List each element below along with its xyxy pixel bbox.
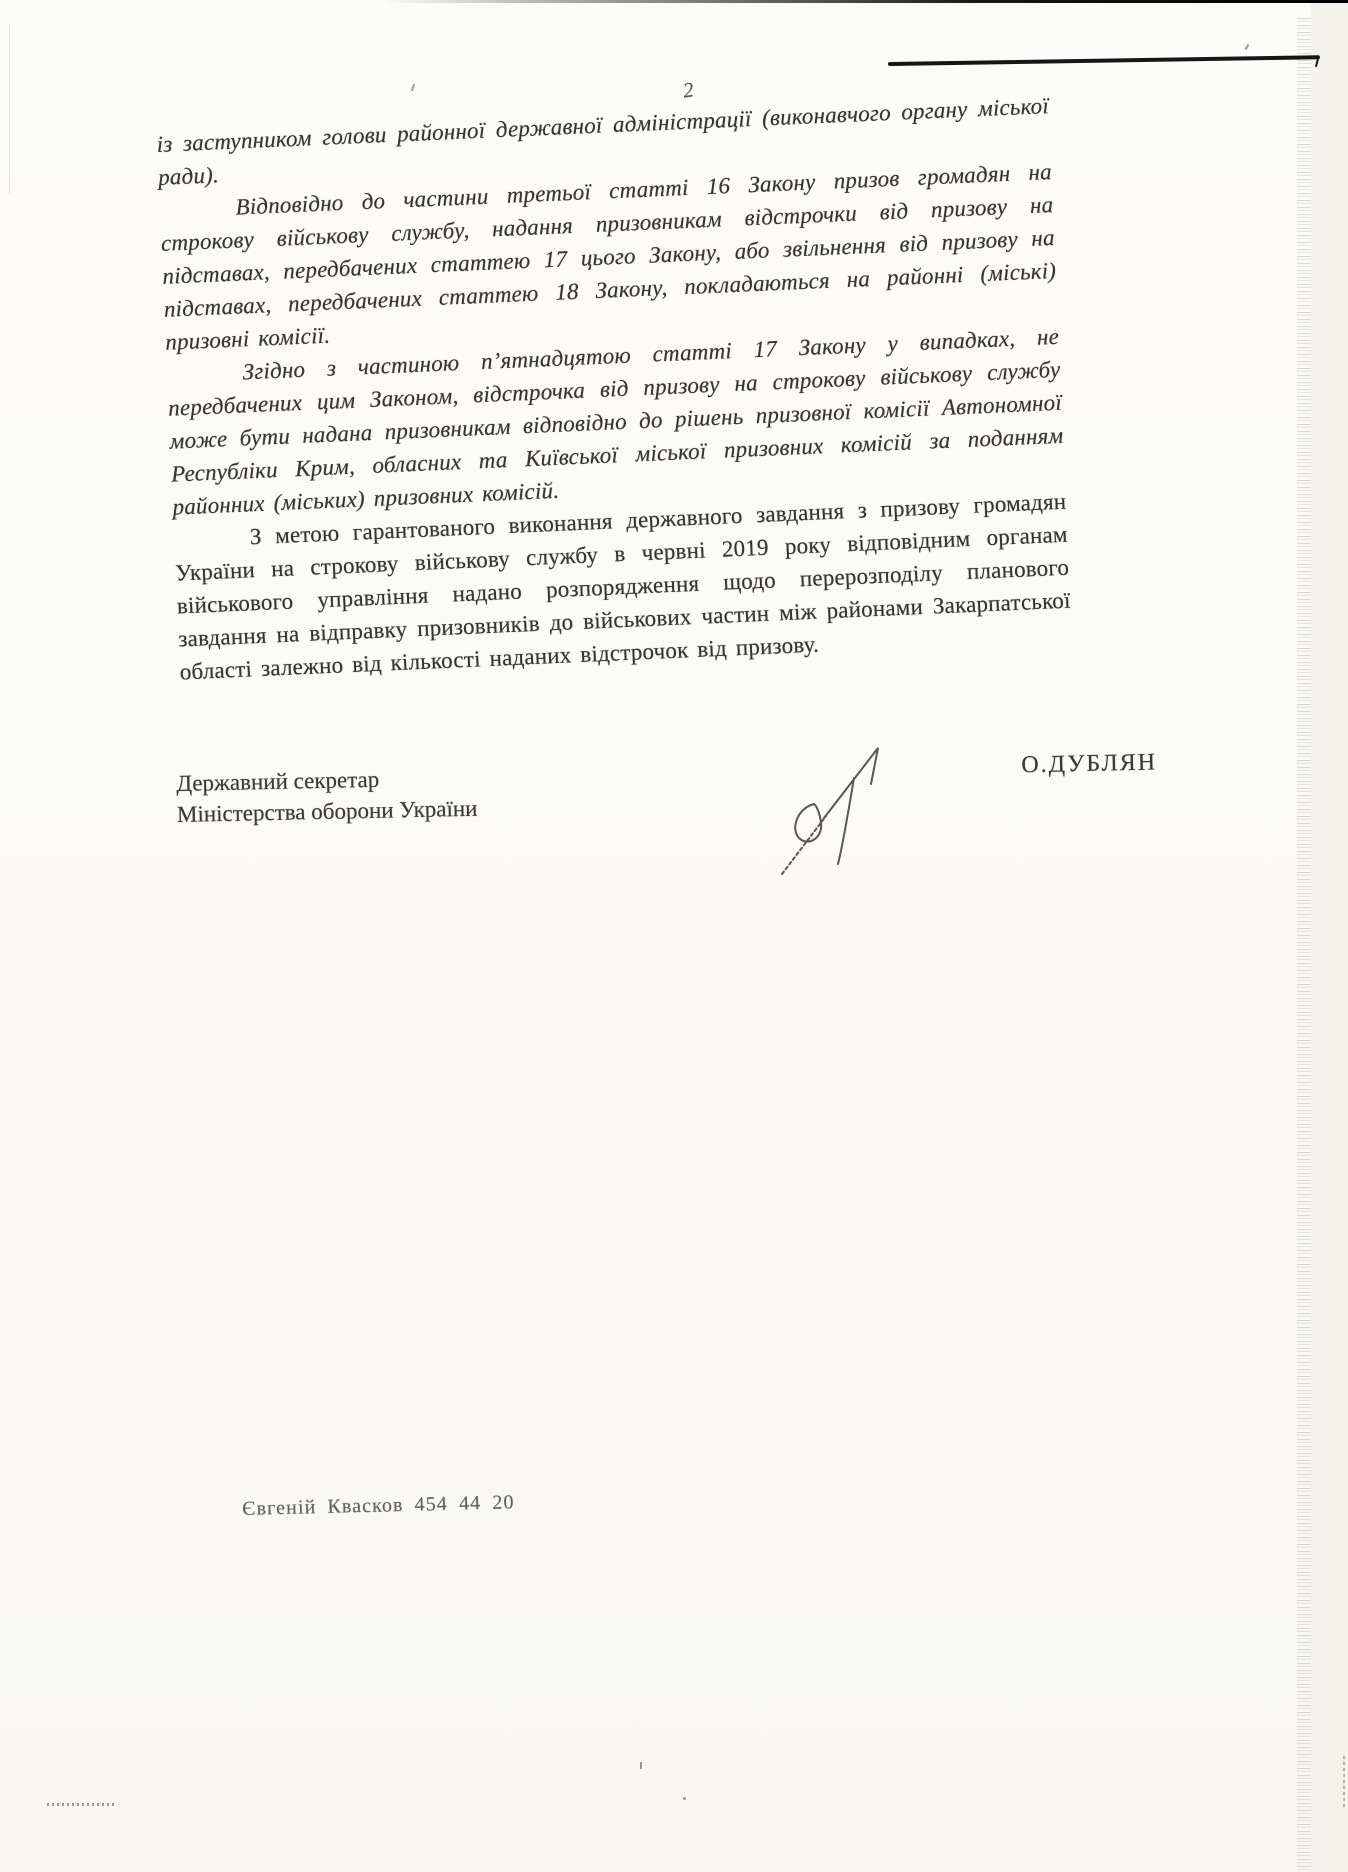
scan-speck [640,1762,642,1769]
scanned-page: 2 із заступником голови районної державн… [0,0,1348,1872]
signer-title-line2: Міністерства оборони України [177,793,478,830]
scan-speck [1245,44,1250,50]
scan-speck [411,84,415,91]
signer-title: Державний секретар Міністерства оборони … [176,762,478,830]
signature-block: Державний секретар Міністерства оборони … [176,747,1158,830]
paper-edge-shadow [1297,18,1311,1872]
executor-contact: Євгеній Квасков 454 44 20 [242,1491,515,1521]
paper-right-margin [1311,0,1348,1872]
scan-artifact-dash [47,1803,117,1806]
page-number: 2 [681,77,695,103]
signer-name: О.ДУБЛЯН [1021,749,1157,779]
paper-fold-line [888,55,1320,66]
letter-body: із заступником голови районної державної… [156,89,1073,688]
scan-left-edge-line [9,24,10,194]
scan-artifact-dash [1343,1756,1345,1808]
scan-speck [683,1797,686,1800]
scan-top-edge-line [382,0,1348,3]
handwritten-signature-icon [768,740,908,882]
